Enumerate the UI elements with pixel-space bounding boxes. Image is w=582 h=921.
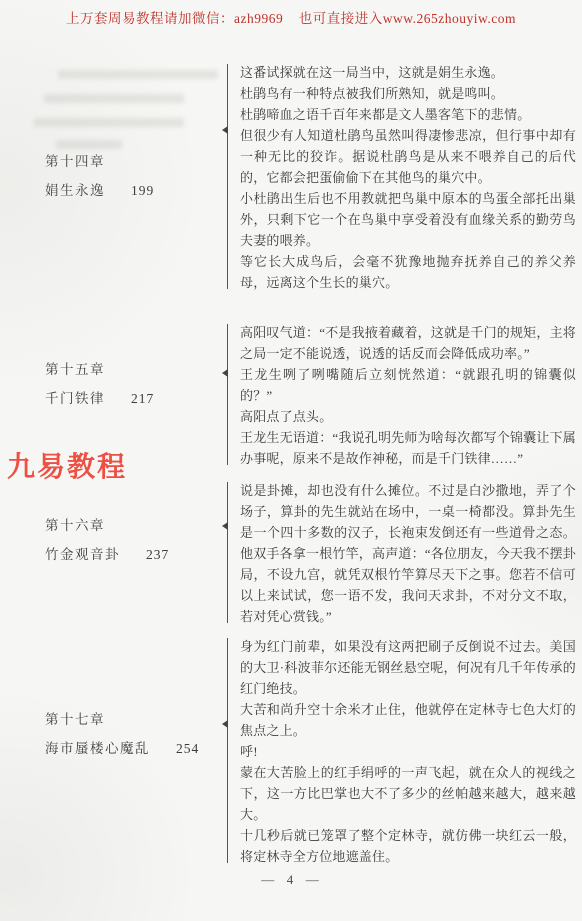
chapter-number: 第十七章: [45, 708, 199, 728]
bleed-through-text: [56, 140, 122, 149]
paragraph: 说是卦摊，却也没有什么摊位。不过是白沙撒地，弄了个场子，算卦的先生就站在场中，一…: [240, 480, 576, 627]
vertical-rule: [227, 482, 228, 623]
paragraph: 王龙生无语道：“我说孔明先师为啥每次都写个锦囊让下属办事呢，原来不是故作神秘，而…: [240, 427, 576, 469]
chapter-number: 第十四章: [45, 150, 154, 170]
vertical-rule: [227, 638, 228, 863]
paragraph: 小杜鹃出生后也不用教就把鸟巢中原本的鸟蛋全部托出巢外，只剩下它一个在鸟巢中享受着…: [240, 188, 576, 251]
toc-entry-chapter-15: 第十五章 千门铁律217: [45, 358, 154, 407]
paragraph: 高阳叹气道：“不是我掖着藏着，这就是千门的规矩，主将之局一定不能说透，说透的话反…: [240, 322, 576, 364]
vertical-rule: [227, 324, 228, 465]
chapter-title: 娟生永逸: [45, 183, 105, 198]
chapter-title-line: 娟生永逸199: [45, 179, 154, 199]
chapter-title-line: 竹金观音卦237: [45, 543, 169, 563]
excerpt-block-chapter-16: 说是卦摊，却也没有什么摊位。不过是白沙撒地，弄了个场子，算卦的先生就站在场中，一…: [240, 480, 576, 627]
paragraph: 王龙生咧了咧嘴随后立刻恍然道：“就跟孔明的锦囊似的？”: [240, 364, 576, 406]
paragraph: 十几秒后就已笼罩了整个定林寺，就仿佛一块红云一般，将定林寺全方位地遮盖住。: [240, 825, 576, 867]
paragraph: 但很少有人知道杜鹃鸟虽然叫得凄惨悲凉，但行事中却有一种无比的狡诈。据说杜鹃鸟是从…: [240, 125, 576, 188]
page-number: — 4 —: [0, 872, 582, 888]
chapter-page-number: 237: [146, 547, 169, 562]
chapter-page-number: 217: [131, 391, 154, 406]
toc-entry-chapter-14: 第十四章 娟生永逸199: [45, 150, 154, 199]
excerpt-block-chapter-15: 高阳叹气道：“不是我掖着藏着，这就是千门的规矩，主将之局一定不能说透，说透的话反…: [240, 322, 576, 469]
left-arrow-marker-icon: [222, 522, 228, 530]
watermark-logo: 九易教程: [7, 445, 127, 485]
paragraph: 呼!: [240, 741, 576, 762]
chapter-number: 第十五章: [45, 358, 154, 378]
bleed-through-text: [34, 118, 184, 127]
paragraph: 杜鹃啼血之语千百年来都是文人墨客笔下的悲情。: [240, 104, 576, 125]
left-arrow-marker-icon: [222, 720, 228, 728]
paragraph: 大苦和尚升空十余米才止住，他就停在定林寺七色大灯的焦点之上。: [240, 699, 576, 741]
paragraph: 高阳点了点头。: [240, 406, 576, 427]
vertical-rule: [227, 64, 228, 289]
bleed-through-text: [58, 70, 218, 79]
chapter-page-number: 199: [131, 183, 154, 198]
left-arrow-marker-icon: [222, 369, 228, 377]
toc-entry-chapter-16: 第十六章 竹金观音卦237: [45, 514, 169, 563]
paragraph: 身为红门前辈，如果没有这两把刷子反倒说不过去。美国的大卫·科波菲尔还能无钢丝悬空…: [240, 636, 576, 699]
paragraph: 蒙在大苦脸上的红手绢呼的一声飞起，就在众人的视线之下，这一方比巴掌也大不了多少的…: [240, 762, 576, 825]
scanned-book-page: 上万套周易教程请加微信：azh9969 也可直接进入www.265zhouyiw…: [0, 0, 582, 921]
left-arrow-marker-icon: [222, 126, 228, 134]
chapter-title-line: 海市蜃楼心魔乱254: [45, 737, 199, 757]
paragraph: 等它长大成鸟后，会毫不犹豫地抛弃抚养自己的养父养母，远离这个生长的巢穴。: [240, 251, 576, 293]
chapter-title: 竹金观音卦: [45, 547, 120, 562]
excerpt-block-chapter-17: 身为红门前辈，如果没有这两把刷子反倒说不过去。美国的大卫·科波菲尔还能无钢丝悬空…: [240, 636, 576, 867]
chapter-page-number: 254: [176, 741, 199, 756]
chapter-title-line: 千门铁律217: [45, 387, 154, 407]
chapter-title: 海市蜃楼心魔乱: [45, 741, 150, 756]
bleed-through-text: [44, 94, 184, 103]
chapter-number: 第十六章: [45, 514, 169, 534]
paragraph: 杜鹃鸟有一种特点被我们所熟知，就是鸣叫。: [240, 83, 576, 104]
excerpt-block-chapter-14: 这番试探就在这一局当中，这就是娟生永逸。 杜鹃鸟有一种特点被我们所熟知，就是鸣叫…: [240, 62, 576, 293]
toc-entry-chapter-17: 第十七章 海市蜃楼心魔乱254: [45, 708, 199, 757]
header-promo-notice: 上万套周易教程请加微信：azh9969 也可直接进入www.265zhouyiw…: [0, 7, 582, 27]
paragraph: 这番试探就在这一局当中，这就是娟生永逸。: [240, 62, 576, 83]
chapter-title: 千门铁律: [45, 391, 105, 406]
